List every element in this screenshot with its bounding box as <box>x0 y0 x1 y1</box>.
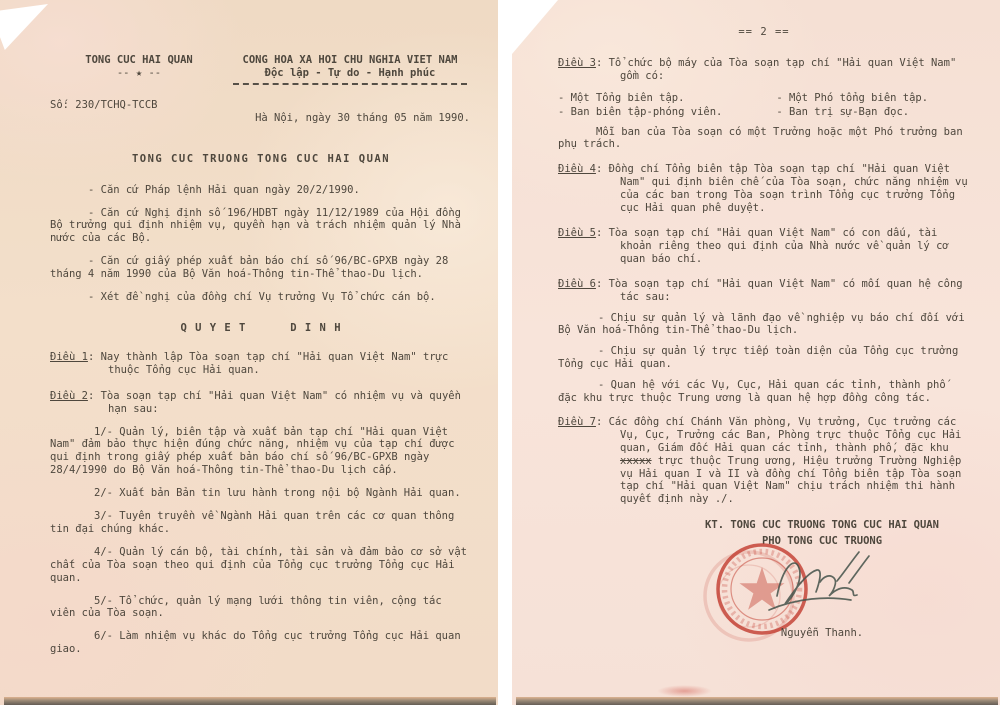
letterhead: TONG CUC HAI QUAN -- ★ -- CONG HOA XA HO… <box>50 54 472 85</box>
struck-word: xxxxx <box>620 455 652 467</box>
motto-underline <box>233 83 467 85</box>
article-2-item: 2/- Xuất bản Bản tin lưu hành trong nội … <box>50 487 472 500</box>
preamble-line: - Căn cứ giấy phép xuất bản báo chí số 9… <box>50 255 472 281</box>
article-7-text-before: : Các đồng chí Chánh Văn phòng, Vụ trưởn… <box>596 416 961 454</box>
article-2-item: 4/- Quản lý cán bộ, tài chính, tài sản v… <box>50 546 472 585</box>
page-1: TONG CUC HAI QUAN -- ★ -- CONG HOA XA HO… <box>0 0 498 705</box>
article-7: Điều 7: Các đồng chí Chánh Văn phòng, Vụ… <box>558 416 970 506</box>
org-structure-item: - Một Tổng biên tập. <box>558 92 776 105</box>
article-6-item: - Chịu sự quản lý trực tiếp toàn diện củ… <box>558 345 970 371</box>
org-name: TONG CUC HAI QUAN <box>50 54 228 67</box>
preamble-line: - Xét đề nghị của đồng chí Vụ trưởng Vụ … <box>50 291 472 304</box>
signature <box>747 548 907 618</box>
article-6-item: - Quan hệ với các Vụ, Cục, Hải quan các … <box>558 379 970 405</box>
org-structure-item: - Ban biên tập-phóng viên. <box>558 106 776 119</box>
torn-corner <box>0 4 48 50</box>
signature-heading: KT. TONG CUC TRUONG TONG CUC HAI QUAN PH… <box>652 519 992 548</box>
article-5: Điều 5: Tòa soạn tạp chí "Hải quan Việt … <box>558 227 970 266</box>
article-6-label: Điều 6 <box>558 278 596 290</box>
article-2-item: 5/- Tổ chức, quản lý mạng lưới thông tin… <box>50 595 472 621</box>
article-2: Điều 2: Tòa soạn tạp chí "Hải quan Việt … <box>50 390 472 416</box>
article-4-text: : Đồng chí Tổng biên tập Tòa soạn tạp ch… <box>596 163 968 214</box>
signer-name: Nguyễn Thanh. <box>652 627 992 640</box>
page-number: == 2 == <box>558 26 970 39</box>
issuer-title: TONG CUC TRUONG TONG CUC HAI QUAN <box>50 153 472 166</box>
article-3-note: Mỗi ban của Tòa soạn có một Trưởng hoặc … <box>558 126 970 152</box>
article-2-item: 6/- Làm nhiệm vụ khác do Tổng cục trưởng… <box>50 630 472 656</box>
article-2-text: : Tòa soạn tạp chí "Hải quan Việt Nam" c… <box>88 390 461 415</box>
preamble-line: - Căn cứ Nghị định số 196/HDBT ngày 11/1… <box>50 207 472 246</box>
article-1: Điều 1: Nay thành lập Tòa soạn tạp chí "… <box>50 351 472 377</box>
article-6-text: : Tòa soạn tạp chí "Hải quan Việt Nam" c… <box>596 278 963 303</box>
scanned-document: { "colors": { "paper_left": "#f2dcc8", "… <box>0 0 1000 705</box>
preamble-line: - Căn cứ Pháp lệnh Hải quan ngày 20/2/19… <box>50 184 472 197</box>
decision-heading: Q U Y E T D I N H <box>50 322 472 335</box>
org-star-divider: -- ★ -- <box>50 67 228 80</box>
article-2-item: 1/- Quản lý, biên tập và xuất bản tạp ch… <box>50 426 472 478</box>
article-7-label: Điều 7 <box>558 416 596 428</box>
national-title: CONG HOA XA HOI CHU NGHIA VIET NAM <box>228 54 472 67</box>
article-4: Điều 4: Đồng chí Tổng biên tập Tòa soạn … <box>558 163 970 215</box>
place-date: Hà Nội, ngày 30 tháng 05 năm 1990. <box>255 112 470 125</box>
article-2-label: Điều 2 <box>50 390 88 402</box>
article-7-text-after: trực thuộc Trung ương, Hiệu trưởng Trườn… <box>620 455 961 506</box>
signer-authority: KT. TONG CUC TRUONG TONG CUC HAI QUAN <box>652 519 992 532</box>
article-6: Điều 6: Tòa soạn tạp chí "Hải quan Việt … <box>558 278 970 304</box>
article-5-text: : Tòa soạn tạp chí "Hải quan Việt Nam" c… <box>596 227 949 265</box>
clipped-corner <box>512 0 558 54</box>
number-date-row: Số: 230/TCHQ-TCCB Hà Nội, ngày 30 tháng … <box>50 99 472 125</box>
article-3: Điều 3: Tổ chức bộ máy của Tòa soạn tạp … <box>558 57 970 83</box>
article-5-label: Điều 5 <box>558 227 596 239</box>
doc-number: Số: 230/TCHQ-TCCB <box>50 99 157 125</box>
article-3-label: Điều 3 <box>558 57 596 69</box>
org-structure-item: - Ban trị sự-Bạn đọc. <box>776 106 970 119</box>
national-motto: Độc lập - Tự do - Hạnh phúc <box>228 67 472 80</box>
org-structure-columns: - Một Tổng biên tập. - Ban biên tập-phón… <box>558 91 970 119</box>
page-2: == 2 == Điều 3: Tổ chức bộ máy của Tòa s… <box>512 0 1000 705</box>
article-1-text: : Nay thành lập Tòa soạn tạp chí "Hải qu… <box>88 351 448 376</box>
article-2-item: 3/- Tuyên truyền về Ngành Hải quan trên … <box>50 510 472 536</box>
signer-role: PHO TONG CUC TRUONG <box>652 535 992 548</box>
article-1-label: Điều 1 <box>50 351 88 363</box>
article-3-text: : Tổ chức bộ máy của Tòa soạn tạp chí "H… <box>596 57 956 82</box>
article-6-item: - Chịu sự quản lý và lãnh đạo về nghiệp … <box>558 312 970 338</box>
org-structure-item: - Một Phó tổng biên tập. <box>776 92 970 105</box>
article-4-label: Điều 4 <box>558 163 596 175</box>
red-ink-smudge <box>657 685 712 697</box>
